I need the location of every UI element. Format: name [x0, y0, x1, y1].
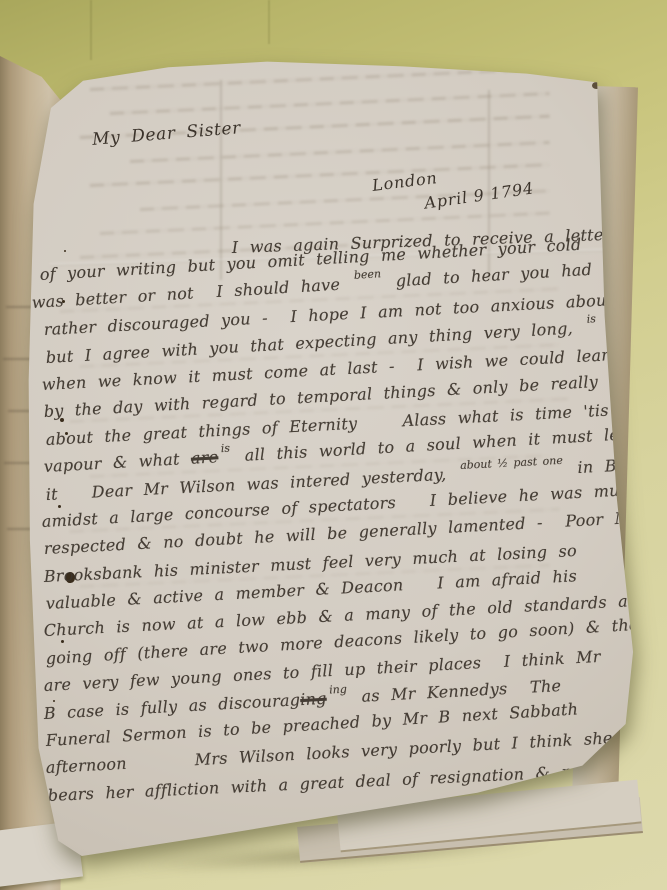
ghost-line — [90, 163, 550, 187]
ghost-line — [90, 68, 520, 91]
interlinear-insertion: ing — [329, 682, 347, 696]
interlinear-insertion: is — [586, 312, 596, 325]
letter-body: I was again Surprized to receive a lette… — [34, 238, 634, 813]
ink-spot — [592, 82, 601, 89]
letter-page-wrapper: My Dear Sister London April 9 1794 I was… — [0, 0, 667, 890]
struck-text: ing — [300, 688, 327, 708]
ghost-line — [130, 141, 550, 163]
interlinear-insertion: is — [220, 442, 230, 455]
ghost-line — [110, 92, 550, 115]
letter-page: My Dear Sister London April 9 1794 I was… — [20, 60, 638, 860]
interlinear-insertion: been — [354, 267, 382, 282]
dateline-date: April 9 1794 — [423, 178, 535, 212]
photo-of-letter: My Dear Sister London April 9 1794 I was… — [0, 0, 667, 890]
struck-text: are — [190, 447, 218, 468]
ink-spot — [600, 90, 604, 94]
letter-text: tiresome — [599, 312, 667, 336]
